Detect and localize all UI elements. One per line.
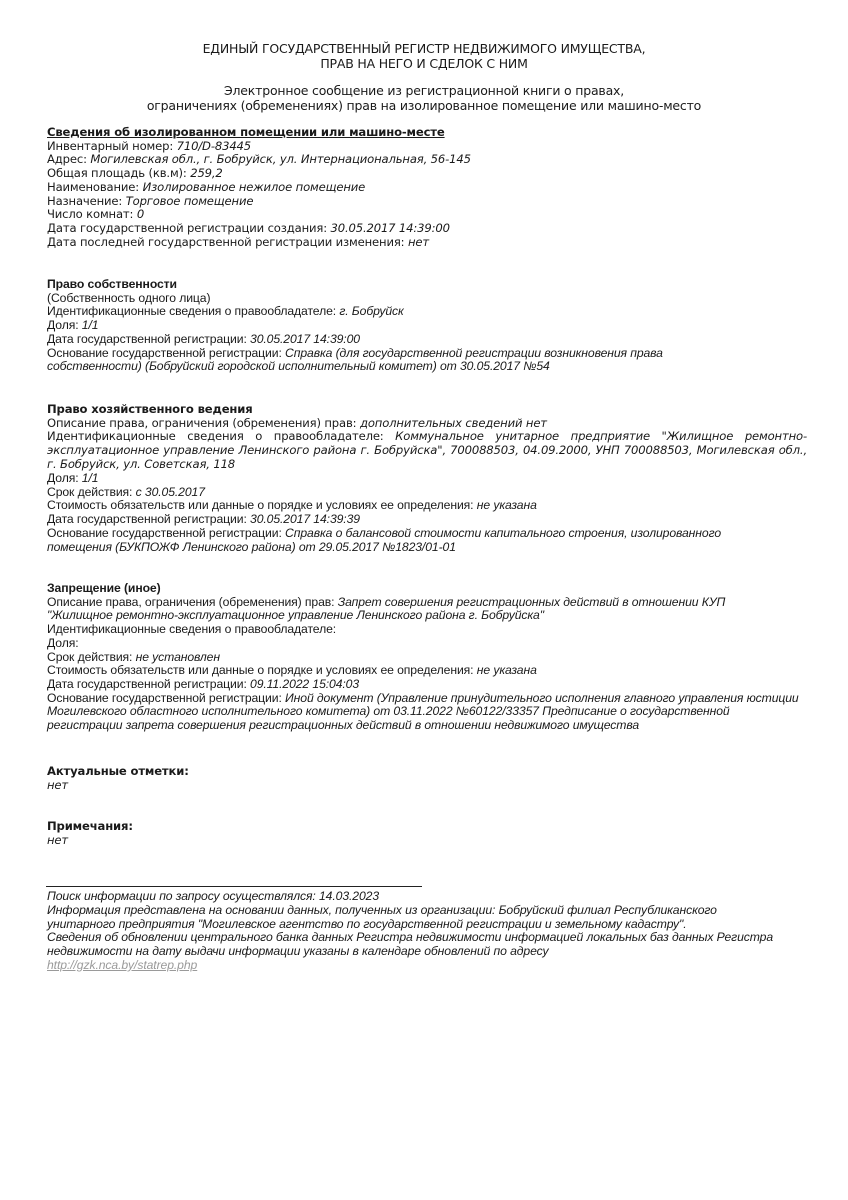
field-name: Наименование: Изолированное нежилое поме… xyxy=(47,181,807,195)
subtitle-line-2: ограничениях (обременениях) прав на изол… xyxy=(0,99,848,114)
current-marks-section: Актуальные отметки: нет xyxy=(47,765,807,792)
ownership-title: Право собственности xyxy=(47,278,807,292)
footer: Поиск информации по запросу осуществлялс… xyxy=(47,890,787,973)
field-last-change-reg-date: Дата последней государственной регистрац… xyxy=(47,236,807,250)
document-title: ЕДИНЫЙ ГОСУДАРСТВЕННЫЙ РЕГИСТР НЕДВИЖИМО… xyxy=(0,42,848,71)
statrep-link[interactable]: http://gzk.nca.by/statrep.php xyxy=(47,958,197,972)
prohibition-basis: Основание государственной регистрации: И… xyxy=(47,692,807,733)
prohibition-description: Описание права, ограничения (обременения… xyxy=(47,596,792,623)
ownership-section: Право собственности (Собственность одног… xyxy=(47,278,807,374)
prohibition-cost: Стоимость обязательств или данные о поря… xyxy=(47,664,807,678)
economic-management-holder: Идентификационные сведения о правооблада… xyxy=(47,430,807,471)
field-purpose: Назначение: Торговое помещение xyxy=(47,195,807,209)
notes-value: нет xyxy=(47,834,807,848)
economic-management-basis: Основание государственной регистрации: С… xyxy=(47,527,782,554)
footer-search-date: Поиск информации по запросу осуществлялс… xyxy=(47,890,787,904)
field-inventory-number: Инвентарный номер: 710/D-83445 xyxy=(47,140,807,154)
economic-management-section: Право хозяйственного ведения Описание пр… xyxy=(47,403,807,472)
ownership-basis: Основание государственной регистрации: С… xyxy=(47,347,727,374)
title-line-2: ПРАВ НА НЕГО И СДЕЛОК С НИМ xyxy=(0,57,848,72)
economic-management-term: Срок действия: с 30.05.2017 xyxy=(47,486,807,500)
economic-management-description: Описание права, ограничения (обременения… xyxy=(47,417,807,431)
document-subtitle: Электронное сообщение из регистрационной… xyxy=(0,84,848,113)
economic-management-reg-date: Дата государственной регистрации: 30.05.… xyxy=(47,513,807,527)
property-section-title: Сведения об изолированном помещении или … xyxy=(47,126,807,140)
ownership-reg-date: Дата государственной регистрации: 30.05.… xyxy=(47,333,807,347)
economic-management-cost: Стоимость обязательств или данные о поря… xyxy=(47,499,807,513)
field-address: Адрес: Могилевская обл., г. Бобруйск, ул… xyxy=(47,153,807,167)
prohibition-section: Запрещение (иное) Описание права, ограни… xyxy=(47,582,807,733)
ownership-holder: Идентификационные сведения о правооблада… xyxy=(47,305,807,319)
economic-management-details: Доля: 1/1 Срок действия: с 30.05.2017 Ст… xyxy=(47,472,807,554)
field-room-count: Число комнат: 0 xyxy=(47,208,807,222)
current-marks-value: нет xyxy=(47,779,807,793)
prohibition-title: Запрещение (иное) xyxy=(47,582,807,596)
economic-management-share: Доля: 1/1 xyxy=(47,472,807,486)
prohibition-share: Доля: xyxy=(47,637,807,651)
prohibition-holder: Идентификационные сведения о правооблада… xyxy=(47,623,807,637)
current-marks-title: Актуальные отметки: xyxy=(47,765,807,779)
title-line-1: ЕДИНЫЙ ГОСУДАРСТВЕННЫЙ РЕГИСТР НЕДВИЖИМО… xyxy=(0,42,848,57)
registry-extract-document: ЕДИНЫЙ ГОСУДАРСТВЕННЫЙ РЕГИСТР НЕДВИЖИМО… xyxy=(0,0,848,1200)
economic-management-title: Право хозяйственного ведения xyxy=(47,403,807,417)
footer-update-info: Сведения об обновлении центрального банк… xyxy=(47,931,787,959)
notes-section: Примечания: нет xyxy=(47,820,807,847)
footer-divider xyxy=(46,886,422,887)
ownership-subtitle: (Собственность одного лица) xyxy=(47,292,807,306)
ownership-share: Доля: 1/1 xyxy=(47,319,807,333)
field-total-area: Общая площадь (кв.м): 259,2 xyxy=(47,167,807,181)
field-creation-reg-date: Дата государственной регистрации создани… xyxy=(47,222,807,236)
subtitle-line-1: Электронное сообщение из регистрационной… xyxy=(0,84,848,99)
prohibition-reg-date: Дата государственной регистрации: 09.11.… xyxy=(47,678,807,692)
notes-title: Примечания: xyxy=(47,820,807,834)
prohibition-term: Срок действия: не установлен xyxy=(47,651,807,665)
property-section: Сведения об изолированном помещении или … xyxy=(47,126,807,249)
footer-source: Информация представлена на основании дан… xyxy=(47,904,787,932)
